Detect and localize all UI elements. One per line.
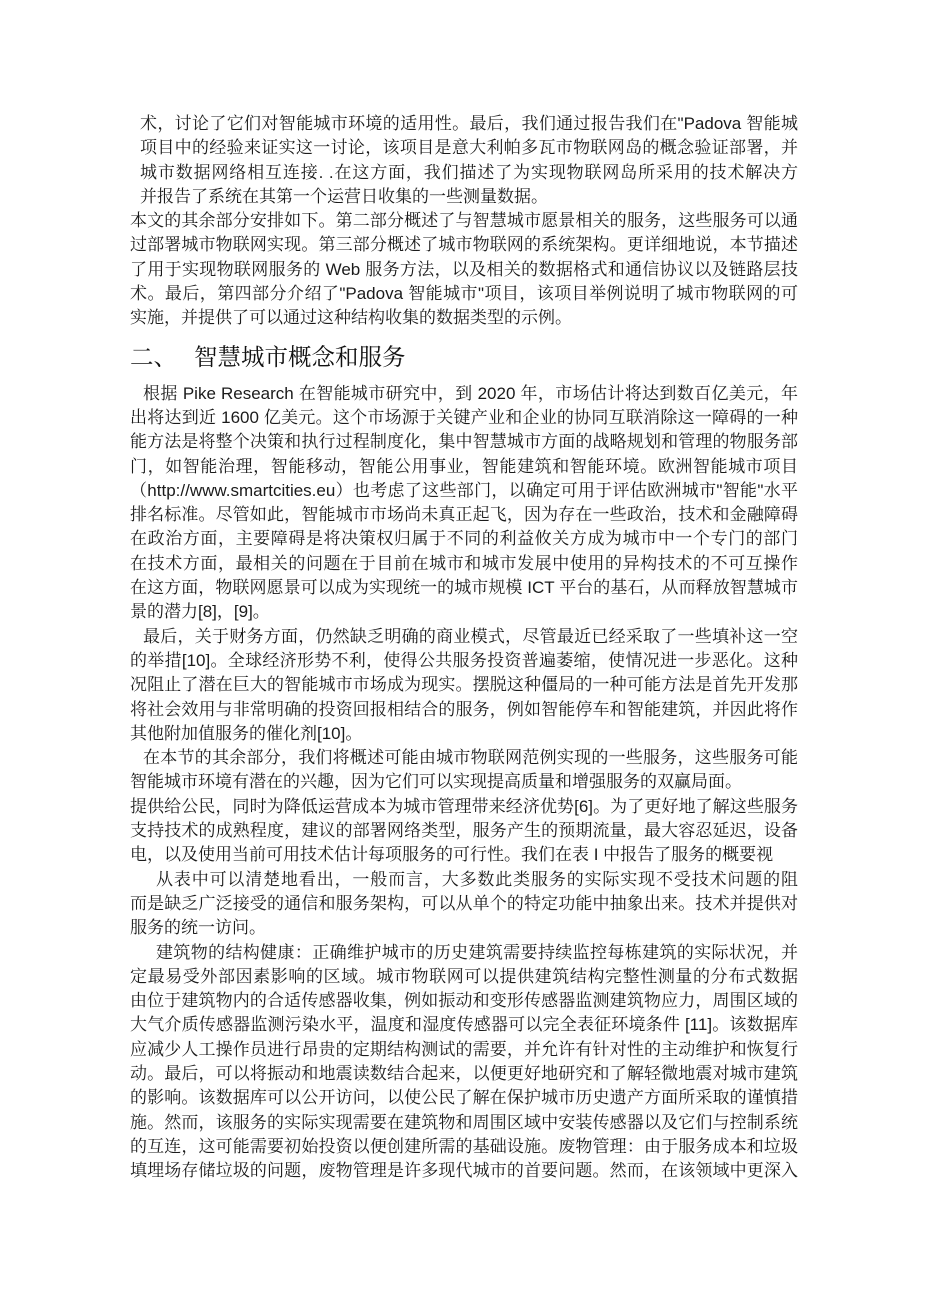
text-line: 其他附加值服务的催化剂[10]。 [130, 722, 798, 746]
text-line: 的影响。该数据库可以公开访问，以使公民了解在保护城市历史遗产方面所采取的谨慎措 [130, 1086, 798, 1110]
text-line: 在这方面，物联网愿景可以成为实现统一的城市规模 ICT 平台的基石，从而释放智慧… [130, 576, 798, 600]
paragraph: 本文的其余部分安排如下。第二部分概述了与智慧城市愿景相关的服务，这些服务可以通过… [130, 209, 798, 330]
heading-title: 智慧城市概念和服务 [194, 345, 406, 371]
text-line: 而是缺乏广泛接受的通信和服务架构，可以从单个的特定功能中抽象出来。技术并提供对 [130, 892, 798, 916]
text-line: 本文的其余部分安排如下。第二部分概述了与智慧城市愿景相关的服务，这些服务可以通 [130, 209, 798, 233]
text-line: 实施，并提供了可以通过这种结构收集的数据类型的示例。 [130, 306, 798, 330]
text-line: 定最易受外部因素影响的区域。城市物联网可以提供建筑结构完整性测量的分布式数据库， [130, 965, 798, 989]
text-line: 的互连，这可能需要初始投资以便创建所需的基础设施。废物管理：由于服务成本和垃圾 [130, 1135, 798, 1159]
text-line: 从表中可以清楚地看出，一般而言，大多数此类服务的实际实现不受技术问题的阻碍， [130, 868, 798, 892]
text-line: 术。最后，第四部分介绍了"Padova 智能城市"项目，该项目举例说明了城市物联… [130, 282, 798, 306]
text-line: 并报告了系统在其第一个运营日收集的一些测量数据。 [140, 185, 798, 209]
text-line: 在本节的其余部分，我们将概述可能由城市物联网范例实现的一些服务，这些服务可能对 [130, 746, 798, 770]
document-body: 术，讨论了它们对智能城市环境的适用性。最后，我们通过报告我们在"Padova 智… [130, 112, 798, 1183]
text-line: 最后，关于财务方面，仍然缺乏明确的商业模式，尽管最近已经采取了一些填补这一空白 [130, 625, 798, 649]
text-line: 将社会效用与非常明确的投资回报相结合的服务，例如智能停车和智能建筑，并因此将作为 [130, 698, 798, 722]
text-line: 门，如智能治理，智能移动，智能公用事业，智能建筑和智能环境。欧洲智能城市项目 [130, 455, 798, 479]
heading-number: 二、 [130, 345, 177, 371]
text-line: 动。最后，可以将振动和地震读数结合起来，以便更好地研究和了解轻微地震对城市建筑 [130, 1062, 798, 1086]
text-line: 出将达到近 1600 亿美元。这个市场源于关键产业和企业的协同互联消除这一障碍的… [130, 406, 798, 430]
text-line: 了用于实现物联网服务的 Web 服务方法，以及相关的数据格式和通信协议以及链路层… [130, 258, 798, 282]
paragraph: 最后，关于财务方面，仍然缺乏明确的商业模式，尽管最近已经采取了一些填补这一空白的… [130, 625, 798, 746]
text-line: 服务的统一访问。 [130, 916, 798, 940]
text-line: （http://www.smartcities.eu）也考虑了这些部门，以确定可… [130, 479, 798, 503]
text-line: 况阻止了潜在巨大的智能城市市场成为现实。摆脱这种僵局的一种可能方法是首先开发那些 [130, 673, 798, 697]
text-line: 电，以及使用当前可用技术估计每项服务的可行性。我们在表 I 中报告了服务的概要视… [130, 843, 798, 867]
text-line: 城市数据网络相互连接. .在这方面，我们描述了为实现物联网岛所采用的技术解决方案… [140, 161, 798, 185]
text-line: 应减少人工操作员进行昂贵的定期结构测试的需要，并允许有针对性的主动维护和恢复行 [130, 1038, 798, 1062]
section-heading: 二、智慧城市概念和服务 [130, 343, 798, 373]
text-line: 提供给公民，同时为降低运营成本为城市管理带来经济优势[6]。为了更好地了解这些服… [130, 795, 798, 819]
text-line: 项目中的经验来证实这一讨论，该项目是意大利帕多瓦市物联网岛的概念验证部署，并与 [140, 136, 798, 160]
text-line: 根据 Pike Research 在智能城市研究中，到 2020 年，市场估计将… [130, 382, 798, 406]
text-line: 大气介质传感器监测污染水平，温度和湿度传感器可以完全表征环境条件 [11]。该数… [130, 1013, 798, 1037]
document-page: 术，讨论了它们对智能城市环境的适用性。最后，我们通过报告我们在"Padova 智… [0, 0, 926, 1309]
text-line: 能方法是将整个决策和执行过程制度化，集中智慧城市方面的战略规划和管理的物服务部 [130, 430, 798, 454]
text-line: 在政治方面，主要障碍是将决策权归属于不同的利益攸关方成为城市中一个专门的部门[7… [130, 527, 798, 551]
text-line: 景的潜力[8]，[9]。 [130, 600, 798, 624]
paragraph: 根据 Pike Research 在智能城市研究中，到 2020 年，市场估计将… [130, 382, 798, 625]
text-line: 过部署城市物联网实现。第三部分概述了城市物联网的系统架构。更详细地说，本节描述 [130, 233, 798, 257]
text-line: 在技术方面，最相关的问题在于目前在城市和城市发展中使用的异构技术的不可互操作性。 [130, 552, 798, 576]
text-line: 的举措[10]。全球经济形势不利，使得公共服务投资普遍萎缩，使情况进一步恶化。这… [130, 649, 798, 673]
paragraph: 在本节的其余部分，我们将概述可能由城市物联网范例实现的一些服务，这些服务可能对智… [130, 746, 798, 795]
text-line: 填埋场存储垃圾的问题，废物管理是许多现代城市的首要问题。然而，在该领域中更深入 [130, 1159, 798, 1183]
text-line: 支持技术的成熟程度，建议的部署网络类型，服务产生的预期流量，最大容忍延迟，设备供 [130, 819, 798, 843]
text-line: 智能城市环境有潜在的兴趣，因为它们可以实现提高质量和增强服务的双赢局面。 [130, 770, 798, 794]
paragraph: 从表中可以清楚地看出，一般而言，大多数此类服务的实际实现不受技术问题的阻碍，而是… [130, 868, 798, 941]
paragraph: 提供给公民，同时为降低运营成本为城市管理带来经济优势[6]。为了更好地了解这些服… [130, 795, 798, 868]
paragraph: 建筑物的结构健康：正确维护城市的历史建筑需要持续监控每栋建筑的实际状况，并确定最… [130, 941, 798, 1184]
paragraph: 术，讨论了它们对智能城市环境的适用性。最后，我们通过报告我们在"Padova 智… [130, 112, 798, 209]
text-line: 建筑物的结构健康：正确维护城市的历史建筑需要持续监控每栋建筑的实际状况，并确 [130, 941, 798, 965]
text-line: 术，讨论了它们对智能城市环境的适用性。最后，我们通过报告我们在"Padova 智… [140, 112, 798, 136]
text-line: 排名标准。尽管如此，智能城市市场尚未真正起飞，因为存在一些政治，技术和金融障碍[… [130, 503, 798, 527]
text-line: 由位于建筑物内的合适传感器收集，例如振动和变形传感器监测建筑物应力，周围区域的 [130, 989, 798, 1013]
text-line: 施。然而，该服务的实际实现需要在建筑物和周围区域中安装传感器以及它们与控制系统 [130, 1111, 798, 1135]
